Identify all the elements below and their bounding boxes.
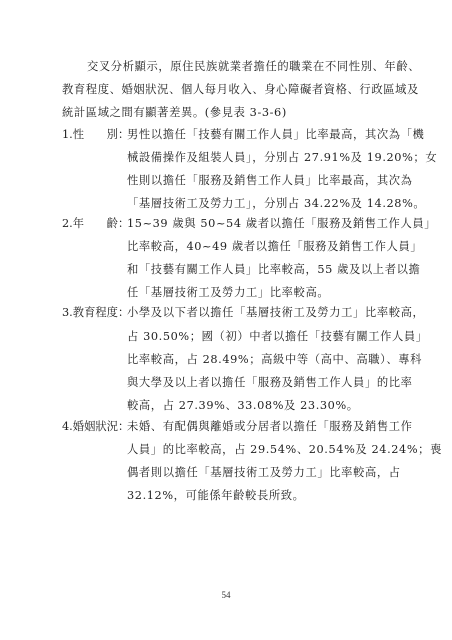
item-1-line-1: 男性以擔任「技藝有關工作人員」比率最高，其次為「機 xyxy=(127,128,424,142)
item-2-line-4: 任「基層技術工及勞力工」比率較高。 xyxy=(127,286,329,300)
item-4-line-3: 偶者則以擔任「基層技術工及勞力工」比率較高，占 xyxy=(127,466,401,480)
item-1-line-2: 械設備操作及組裝人員」，分別占 27.91%及 19.20%；女 xyxy=(127,151,437,165)
item-4-line-1: 未婚、有配偶與離婚或分居者以擔任「服務及銷售工作 xyxy=(127,420,413,434)
intro-line-1: 交叉分析顯示，原住民族就業者擔任的職業在不同性別、年齡、 xyxy=(87,60,413,74)
item-2-line-2: 比率較高，40~49 歲者以擔任「服務及銷售工作人員」 xyxy=(127,240,422,254)
item-2-line-3: 和「技藝有關工作人員」比率較高，55 歲及以上者以擔 xyxy=(127,263,420,277)
item-4-line-4: 32.12%，可能係年齡較長所致。 xyxy=(127,489,305,503)
intro-line-2: 教育程度、婚姻狀況、個人每月收入、身心障礙者資格、行政區域及 xyxy=(62,83,388,97)
item-2-line-1: 15~39 歲與 50~54 歲者以擔任「服務及銷售工作人員」 xyxy=(127,217,436,231)
item-3-line-5: 較高，占 27.39%、33.08%及 23.30%。 xyxy=(127,399,359,413)
document-page: 交叉分析顯示，原住民族就業者擔任的職業在不同性別、年齡、 教育程度、婚姻狀況、個… xyxy=(0,0,452,640)
page-number: 54 xyxy=(0,590,452,600)
intro-line-3: 統計區域之間有顯著差異。(參見表 3-3-6) xyxy=(62,106,388,120)
item-3-line-3: 比率較高，占 28.49%；高級中等（高中、高職）、專科 xyxy=(127,353,422,367)
item-1-line-3: 性則以擔任「服務及銷售工作人員」比率最高，其次為 xyxy=(127,174,413,188)
item-1-label: 1.性 別： xyxy=(62,128,129,142)
item-3-line-2: 占 30.50%；國（初）中者以擔任「技藝有關工作人員」 xyxy=(127,330,428,344)
item-3-line-1: 小學及以下者以擔任「基層技術工及勞力工」比率較高， xyxy=(127,306,424,320)
item-3-line-4: 與大學及以上者以擔任「服務及銷售工作人員」的比率 xyxy=(127,376,413,390)
item-4-line-2: 人員」的比率較高，占 29.54%、20.54%及 24.24%；喪 xyxy=(127,443,442,457)
item-4-label: 4.婚姻狀況： xyxy=(62,420,129,434)
item-3-label: 3.教育程度： xyxy=(62,306,129,320)
item-1-line-4: 「基層技術工及勞力工」，分別占 34.22%及 14.28%。 xyxy=(127,197,425,211)
item-2-label: 2.年 齡： xyxy=(62,217,129,231)
